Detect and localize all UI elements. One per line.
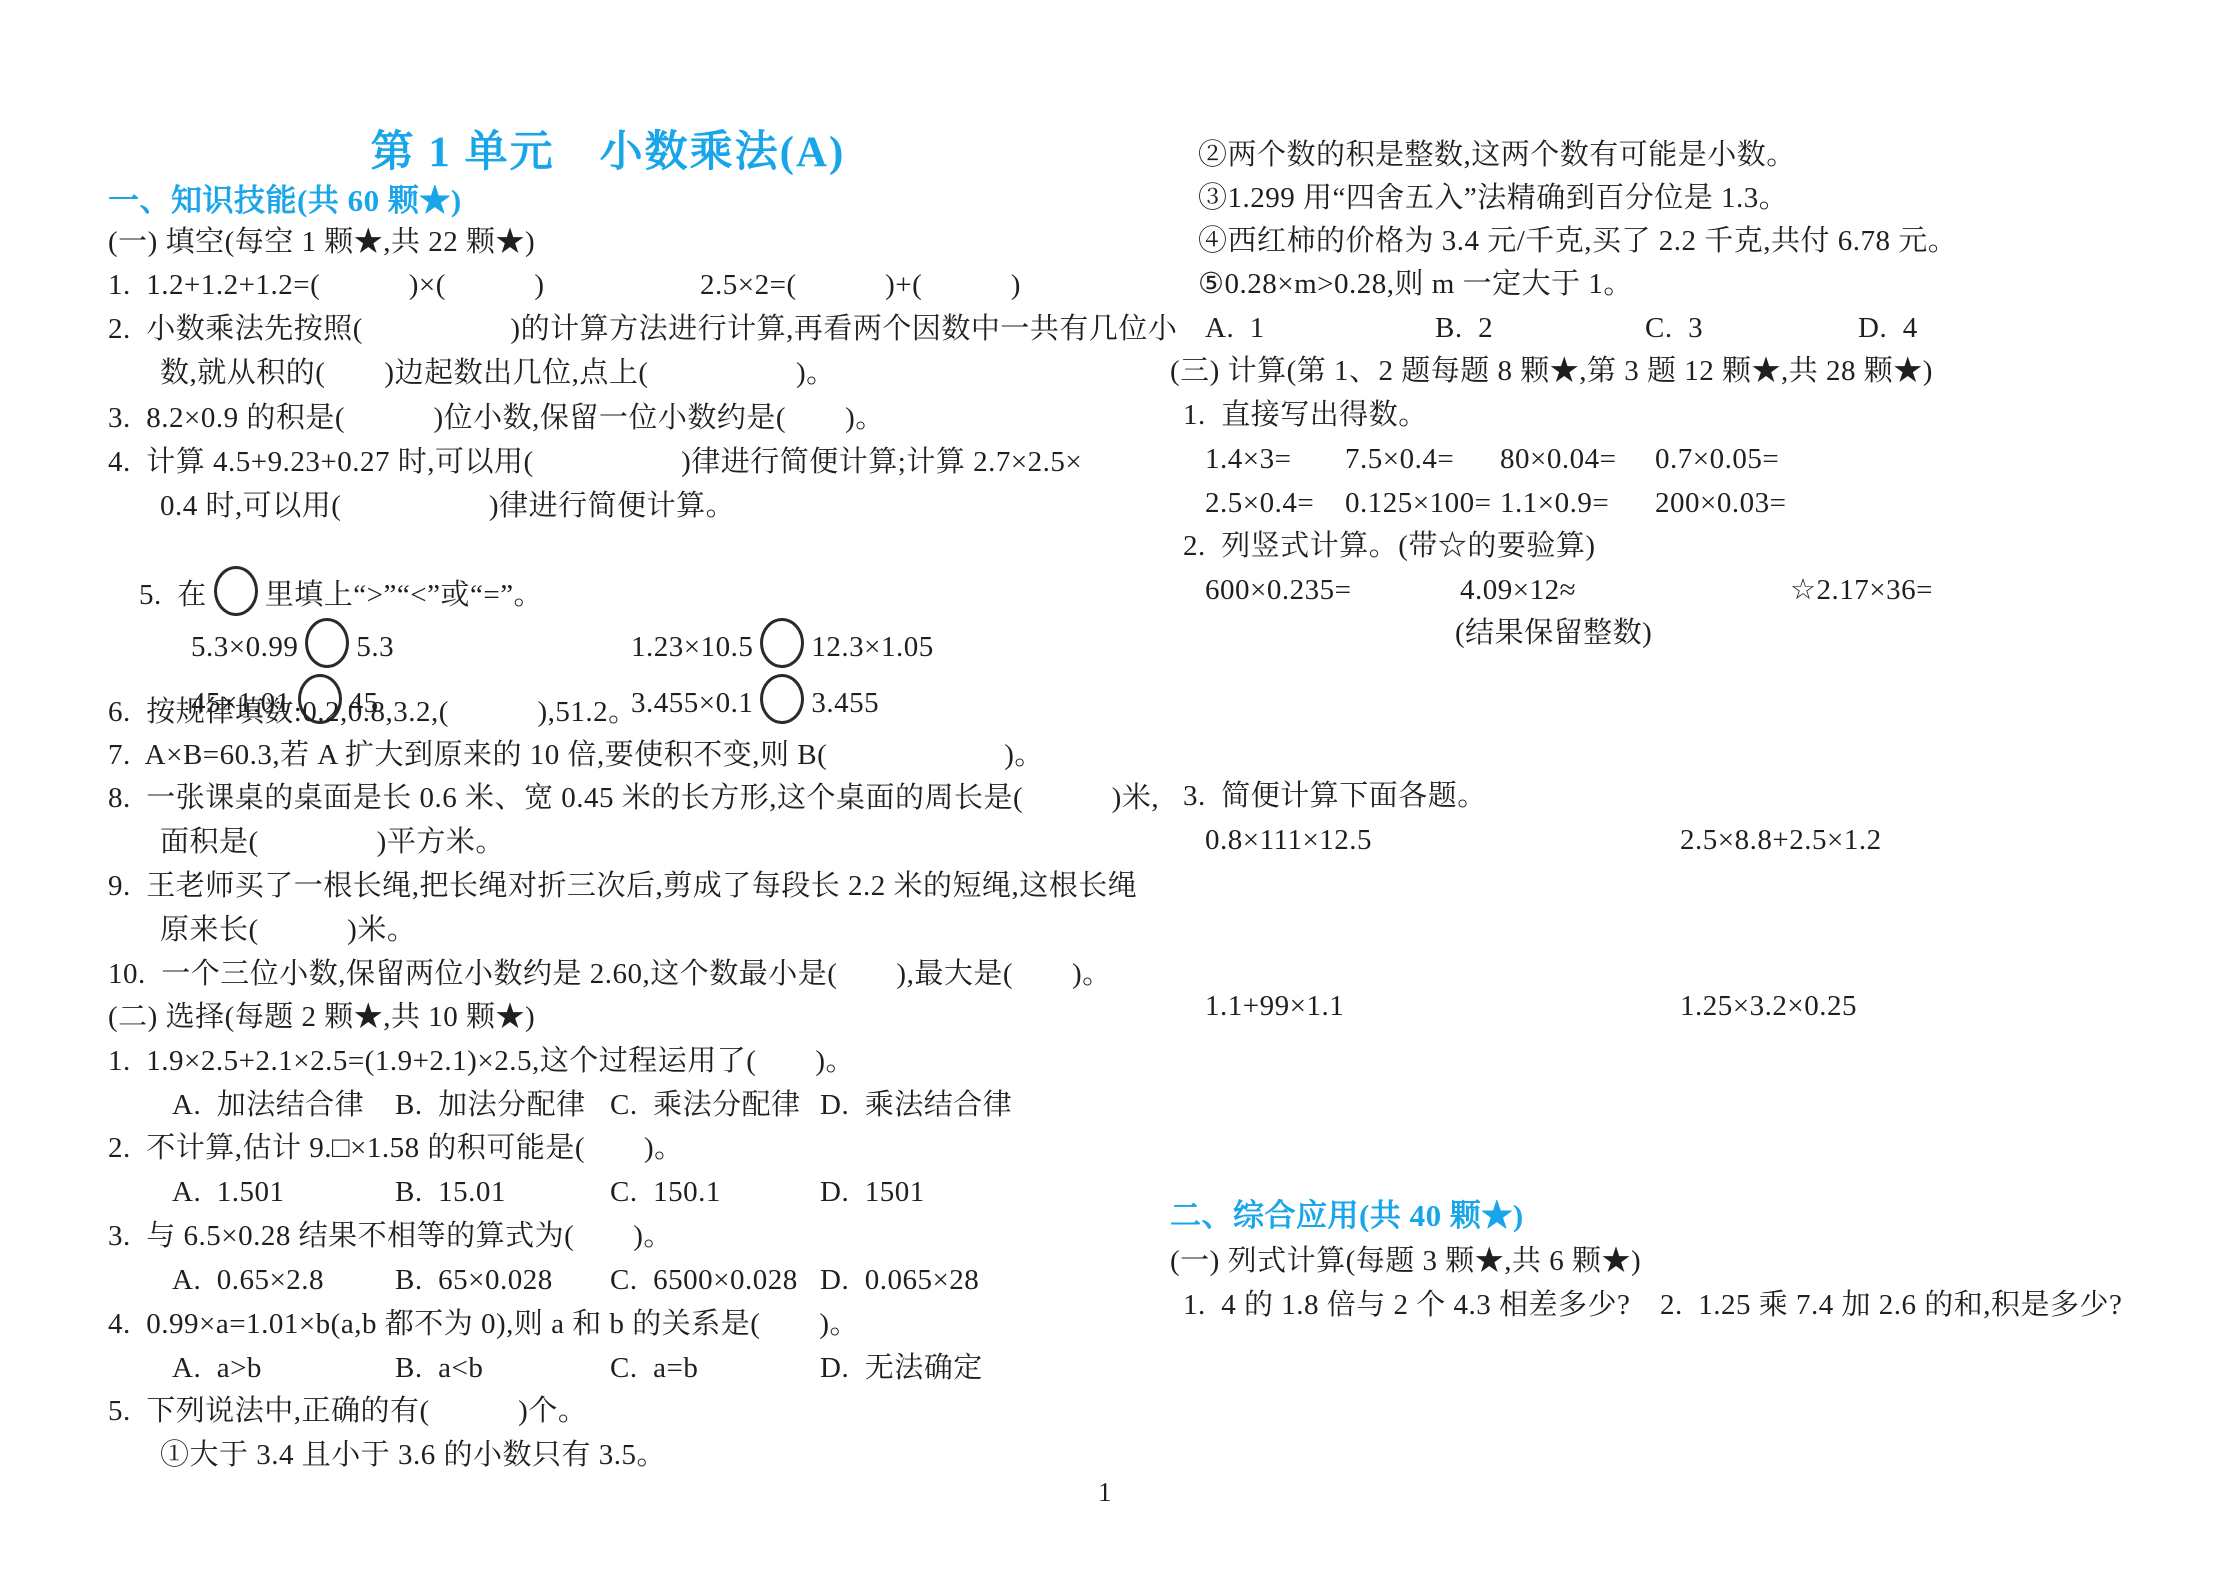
choice-q3: 3. 与 6.5×0.28 结果不相等的算式为( )。 <box>108 1218 673 1254</box>
choice-q1-option-d: D. 乘法结合律 <box>820 1087 1012 1123</box>
worksheet-page: 第 1 单元 小数乘法(A) 一、知识技能(共 60 颗★) (一) 填空(每空… <box>0 0 2220 1571</box>
choice-q4-option-d: D. 无法确定 <box>820 1350 983 1386</box>
choice-q4: 4. 0.99×a=1.01×b(a,b 都不为 0),则 a 和 b 的关系是… <box>108 1306 859 1342</box>
fill-q4-line1: 4. 计算 4.5+9.23+0.27 时,可以用( )律进行简便计算;计算 2… <box>108 444 1082 480</box>
choice-q5-option-d: D. 4 <box>1858 310 1918 346</box>
choice-q4-option-b: B. a<b <box>395 1350 483 1386</box>
simplify-item: 1.25×3.2×0.25 <box>1680 988 1857 1024</box>
choice-q5-option-a: A. 1 <box>1205 310 1265 346</box>
choice-q3-option-c: C. 6500×0.028 <box>610 1262 798 1298</box>
oral-calc-item: 1.1×0.9= <box>1500 485 1609 521</box>
choice-q5-statement4: ④西红柿的价格为 3.4 元/千克,买了 2.2 千克,共付 6.78 元。 <box>1198 223 1957 259</box>
choice-q3-option-d: D. 0.065×28 <box>820 1262 979 1298</box>
simplify-item: 0.8×111×12.5 <box>1205 822 1372 858</box>
unit-title: 第 1 单元 小数乘法(A) <box>108 126 1108 180</box>
simplify-item: 2.5×8.8+2.5×1.2 <box>1680 822 1882 858</box>
choice-q2-option-b: B. 15.01 <box>395 1174 506 1210</box>
apply-heading: (一) 列式计算(每题 3 颗★,共 6 颗★) <box>1170 1243 1641 1279</box>
choice-q5-option-b: B. 2 <box>1435 310 1493 346</box>
fill-q3: 3. 8.2×0.9 的积是( )位小数,保留一位小数约是( )。 <box>108 400 885 436</box>
compare-right: 3.455 <box>811 687 879 719</box>
fill-q8-line2: 面积是( )平方米。 <box>160 824 505 860</box>
oral-calc-item: 200×0.03= <box>1655 485 1786 521</box>
vertical-calc-note: (结果保留整数) <box>1455 615 1652 651</box>
simplify-item: 1.1+99×1.1 <box>1205 988 1344 1024</box>
vertical-calc-item: 600×0.235= <box>1205 572 1351 608</box>
choice-q1-option-b: B. 加法分配律 <box>395 1087 586 1123</box>
choice-q5-option-c: C. 3 <box>1645 310 1703 346</box>
page-number: 1 <box>1098 1476 1112 1510</box>
section2-heading: 二、综合应用(共 40 颗★) <box>1170 1197 1524 1236</box>
calc-heading: (三) 计算(第 1、2 题每题 8 颗★,第 3 题 12 颗★,共 28 颗… <box>1170 353 1933 389</box>
fill-q2-line2: 数,就从积的( )边起数出几位,点上( )。 <box>160 355 836 391</box>
choice-q1-option-c: C. 乘法分配律 <box>610 1087 801 1123</box>
choice-q5: 5. 下列说法中,正确的有( )个。 <box>108 1393 587 1429</box>
fill-q9-line1: 9. 王老师买了一根长绳,把长绳对折三次后,剪成了每段长 2.2 米的短绳,这根… <box>108 868 1137 904</box>
oral-calc-item: 0.7×0.05= <box>1655 441 1779 477</box>
oral-calc-item: 1.4×3= <box>1205 441 1291 477</box>
vertical-calc-item-check: ☆2.17×36= <box>1790 572 1933 608</box>
calc3-label: 3. 简便计算下面各题。 <box>1183 778 1487 814</box>
choice-q2-option-d: D. 1501 <box>820 1174 925 1210</box>
oral-calc-item: 80×0.04= <box>1500 441 1616 477</box>
choice-q1: 1. 1.9×2.5+2.1×2.5=(1.9+2.1)×2.5,这个过程运用了… <box>108 1043 855 1079</box>
fill-q4-line2: 0.4 时,可以用( )律进行简便计算。 <box>160 488 735 524</box>
fill-in-heading: (一) 填空(每空 1 颗★,共 22 颗★) <box>108 224 535 260</box>
choice-q5-statement5: ⑤0.28×m>0.28,则 m 一定大于 1。 <box>1198 266 1633 302</box>
apply-q1: 1. 4 的 1.8 倍与 2 个 4.3 相差多少? <box>1183 1287 1630 1323</box>
fill-q9-line2: 原来长( )米。 <box>160 912 416 948</box>
oral-calc-item: 2.5×0.4= <box>1205 485 1314 521</box>
choice-q3-option-b: B. 65×0.028 <box>395 1262 553 1298</box>
comparison-circle-icon <box>760 674 804 724</box>
choice-q4-option-c: C. a=b <box>610 1350 698 1386</box>
fill-q1-left: 1. 1.2+1.2+1.2=( )×( ) <box>108 267 545 303</box>
choice-q2: 2. 不计算,估计 9.□×1.58 的积可能是( )。 <box>108 1130 684 1166</box>
fill-q2-line1: 2. 小数乘法先按照( )的计算方法进行计算,再看两个因数中一共有几位小 <box>108 311 1177 347</box>
fill-q1-right: 2.5×2=( )+( ) <box>700 267 1021 303</box>
choice-q2-option-a: A. 1.501 <box>172 1174 284 1210</box>
choice-q1-option-a: A. 加法结合律 <box>172 1087 364 1123</box>
apply-q2: 2. 1.25 乘 7.4 加 2.6 的和,积是多少? <box>1660 1287 2122 1323</box>
choice-q2-option-c: C. 150.1 <box>610 1174 721 1210</box>
fill-q8-line1: 8. 一张课桌的桌面是长 0.6 米、宽 0.45 米的长方形,这个桌面的周长是… <box>108 780 1159 816</box>
choice-q3-option-a: A. 0.65×2.8 <box>172 1262 324 1298</box>
choice-q5-statement2: ②两个数的积是整数,这两个数有可能是小数。 <box>1198 137 1796 173</box>
choice-q5-statement1: ①大于 3.4 且小于 3.6 的小数只有 3.5。 <box>160 1437 666 1473</box>
oral-calc-item: 7.5×0.4= <box>1345 441 1454 477</box>
compare-left: 3.455×0.1 <box>631 687 753 719</box>
calc1-label: 1. 直接写出得数。 <box>1183 397 1428 433</box>
choice-q5-statement3: ③1.299 用“四舍五入”法精确到百分位是 1.3。 <box>1198 180 1788 216</box>
section1-heading: 一、知识技能(共 60 颗★) <box>108 182 462 221</box>
fill-q10: 10. 一个三位小数,保留两位小数约是 2.60,这个数最小是( ),最大是( … <box>108 956 1112 992</box>
choice-q4-option-a: A. a>b <box>172 1350 262 1386</box>
fill-q7: 7. A×B=60.3,若 A 扩大到原来的 10 倍,要使积不变,则 B( )… <box>108 737 1044 773</box>
oral-calc-item: 0.125×100= <box>1345 485 1491 521</box>
calc2-label: 2. 列竖式计算。(带☆的要验算) <box>1183 528 1596 564</box>
vertical-calc-item: 4.09×12≈ <box>1460 572 1576 608</box>
choice-heading: (二) 选择(每题 2 颗★,共 10 颗★) <box>108 999 535 1035</box>
fill-q6: 6. 按规律填数:0.2,0.8,3.2,( ),51.2。 <box>108 694 638 730</box>
